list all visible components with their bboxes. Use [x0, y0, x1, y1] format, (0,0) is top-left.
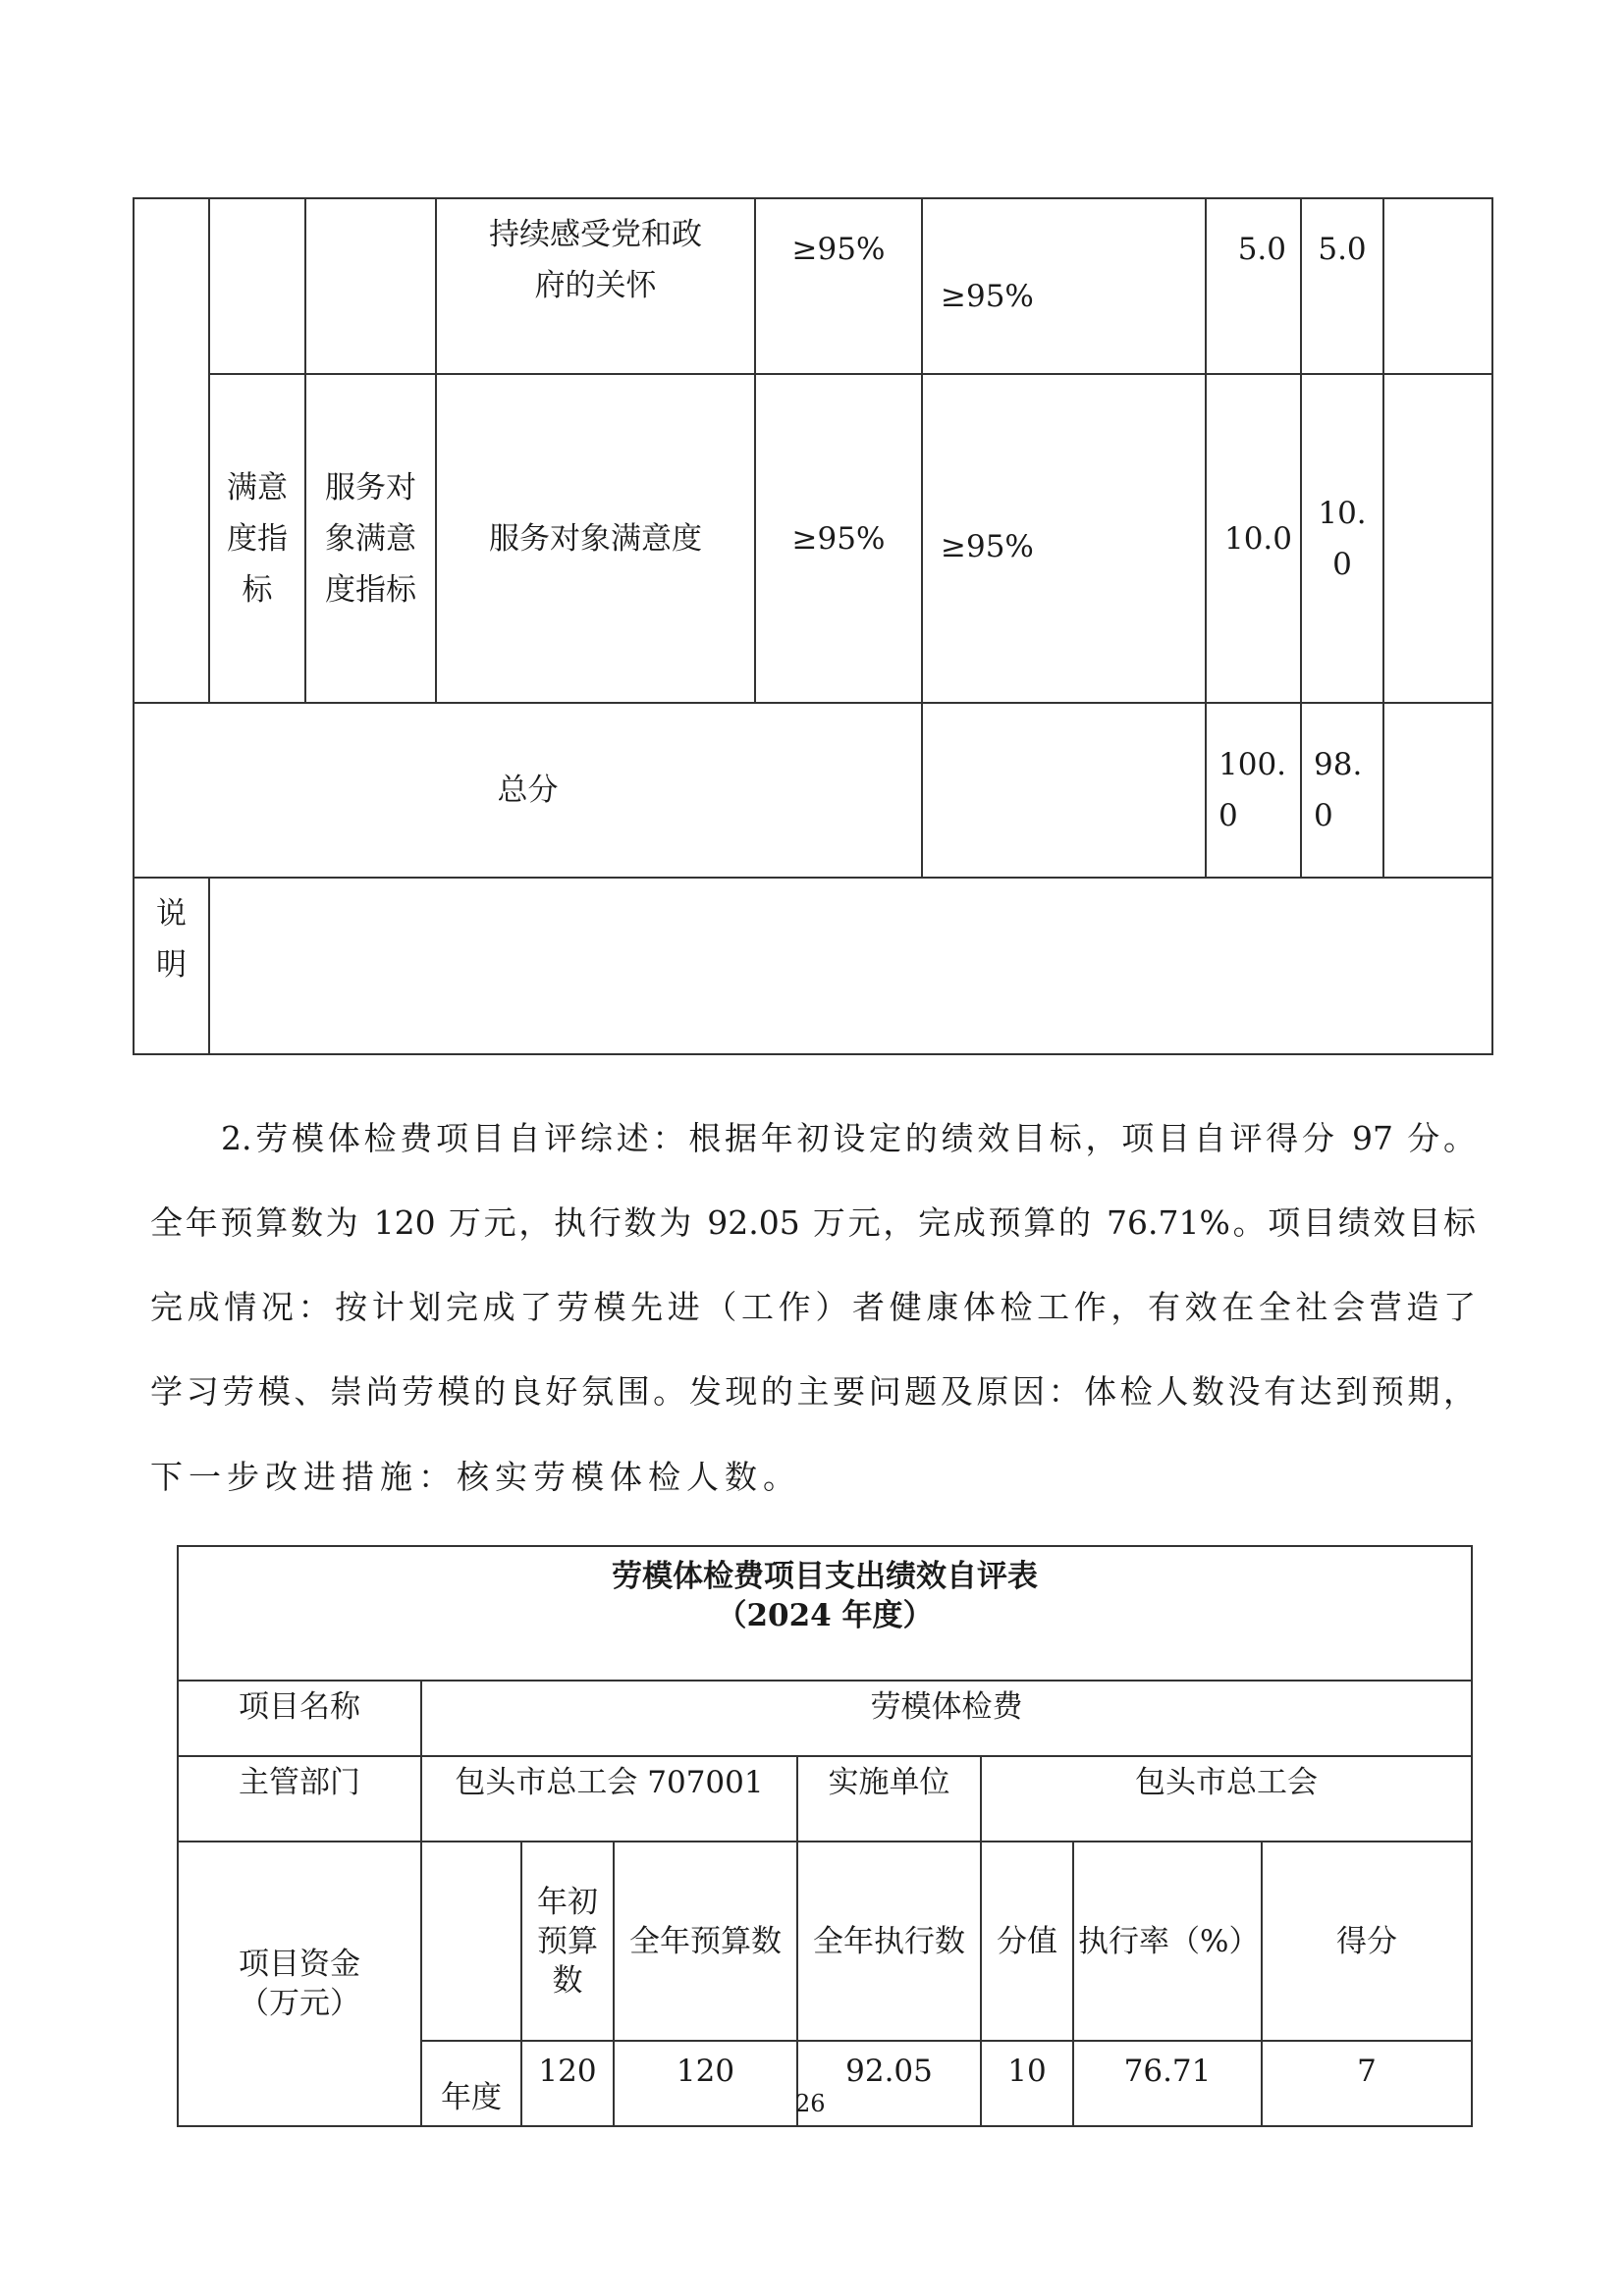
level1-cell: 满意度指标	[209, 374, 305, 703]
project-name-value: 劳模体检费	[421, 1681, 1472, 1756]
header-cell: 全年预算数	[614, 1842, 797, 2041]
impl-value: 包头市总工会	[981, 1756, 1472, 1842]
total-label: 总分	[134, 703, 922, 878]
level2-cell	[305, 198, 436, 374]
level2-cell: 服务对象满意度指标	[305, 374, 436, 703]
note-cell	[1383, 374, 1492, 703]
total-row: 总分 100.0 98.0	[134, 703, 1492, 878]
table-title: 劳模体检费项目支出绩效自评表	[179, 1557, 1471, 1596]
indicator-cell: 持续感受党和政府的关怀	[436, 198, 755, 374]
self-evaluation-table: 劳模体检费项目支出绩效自评表 （2024 年度） 项目名称 劳模体检费 主管部门…	[177, 1545, 1473, 2127]
total-blank-cell	[922, 703, 1206, 878]
total-score-cell: 98.0	[1301, 703, 1383, 878]
actual-cell: ≥95%	[922, 198, 1206, 374]
funds-header-row: 项目资金（万元） 年初预算数 全年预算数 全年执行数 分值 执行率（%） 得分	[178, 1842, 1472, 2041]
target-cell: ≥95%	[755, 198, 922, 374]
page-number: 26	[795, 2089, 826, 2118]
paragraph-line: 下一步改进措施：核实劳模体检人数。	[150, 1453, 801, 1502]
table-row: 满意度指标 服务对象满意度指标 服务对象满意度 ≥95% ≥95% 10.0 1…	[134, 374, 1492, 703]
data-cell: 10	[981, 2041, 1073, 2126]
data-cell: 7	[1262, 2041, 1472, 2126]
data-cell: 120	[521, 2041, 614, 2126]
weight-cell: 10.0	[1206, 374, 1301, 703]
department-row: 主管部门 包头市总工会 707001 实施单位 包头市总工会	[178, 1756, 1472, 1842]
header-cell: 得分	[1262, 1842, 1472, 2041]
score-cell: 5.0	[1301, 198, 1383, 374]
paragraph-line: 2.劳模体检费项目自评综述：根据年初设定的绩效目标，项目自评得分 97 分。	[221, 1114, 1476, 1163]
table-subtitle: （2024 年度）	[179, 1596, 1471, 1635]
header-cell: 全年执行数	[797, 1842, 981, 2041]
note-cell	[1383, 198, 1492, 374]
header-cell: 分值	[981, 1842, 1073, 2041]
actual-cell: ≥95%	[922, 374, 1206, 703]
header-cell: 执行率（%）	[1073, 1842, 1262, 2041]
funds-label: 项目资金（万元）	[178, 1842, 421, 2126]
impl-label: 实施单位	[797, 1756, 981, 1842]
total-note-cell	[1383, 703, 1492, 878]
weight-cell: 5.0	[1206, 198, 1301, 374]
data-cell: 年度	[421, 2041, 521, 2126]
header-cell: 年初预算数	[521, 1842, 614, 2041]
prev-evaluation-table: 持续感受党和政府的关怀 ≥95% ≥95% 5.0 5.0 满意度指标 服务对象…	[133, 197, 1493, 1055]
remarks-row: 说明	[134, 878, 1492, 1054]
paragraph-line: 全年预算数为 120 万元，执行数为 92.05 万元，完成预算的 76.71%…	[150, 1199, 1476, 1248]
title-row: 劳模体检费项目支出绩效自评表 （2024 年度）	[178, 1546, 1472, 1681]
category-cell	[134, 198, 209, 703]
data-cell: 120	[614, 2041, 797, 2126]
data-cell: 76.71	[1073, 2041, 1262, 2126]
table-row: 持续感受党和政府的关怀 ≥95% ≥95% 5.0 5.0	[134, 198, 1492, 374]
project-name-label: 项目名称	[178, 1681, 421, 1756]
dept-label: 主管部门	[178, 1756, 421, 1842]
header-cell	[421, 1842, 521, 2041]
dept-value: 包头市总工会 707001	[421, 1756, 797, 1842]
remarks-value	[209, 878, 1492, 1054]
paragraph-line: 完成情况：按计划完成了劳模先进（工作）者健康体检工作，有效在全社会营造了	[150, 1283, 1476, 1332]
table-title-cell: 劳模体检费项目支出绩效自评表 （2024 年度）	[178, 1546, 1472, 1681]
paragraph-line: 学习劳模、崇尚劳模的良好氛围。发现的主要问题及原因：体检人数没有达到预期，	[150, 1367, 1476, 1416]
target-cell: ≥95%	[755, 374, 922, 703]
indicator-cell: 服务对象满意度	[436, 374, 755, 703]
level1-cell	[209, 198, 305, 374]
total-weight-cell: 100.0	[1206, 703, 1301, 878]
remarks-label: 说明	[134, 878, 209, 1054]
score-cell: 10.0	[1301, 374, 1383, 703]
project-name-row: 项目名称 劳模体检费	[178, 1681, 1472, 1756]
